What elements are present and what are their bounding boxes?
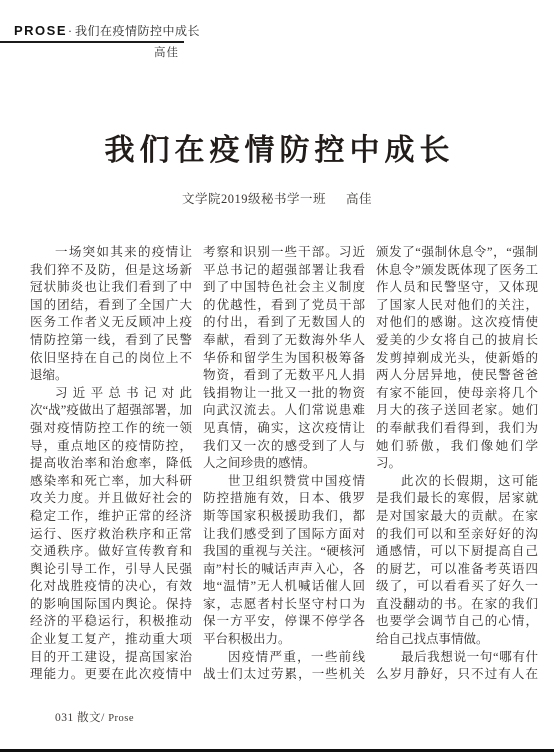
running-head: PROSE·我们在疫情防控中成长: [0, 24, 184, 43]
article-paragraph: 世卫组织赞赏中国疫情防控措施有效，日本、俄罗斯等国家积极援助我们，都让我们感受到…: [203, 473, 365, 649]
article-paragraph: 一场突如其来的疫情让我们猝不及防，但是这场新冠状肺炎也让我们看到了中国的团结，看…: [30, 244, 192, 385]
page-number: 031: [55, 712, 74, 724]
footer-separator: /: [101, 712, 105, 724]
footer-section-cn: 散文: [77, 712, 101, 724]
magazine-page: PROSE·我们在疫情防控中成长 高佳 我们在疫情防控中成长 文学院2019级秘…: [0, 0, 554, 752]
section-separator: ·: [68, 24, 72, 38]
running-head-title: 我们在疫情防控中成长: [75, 24, 200, 38]
byline-affiliation: 文学院2019级秘书学一班: [182, 192, 326, 206]
article-paragraph: 此次的长假期，这可能是我们最长的寒假，居家就是对国家最大的贡献。在家的我们可以和…: [376, 473, 538, 649]
running-head-author: 高佳: [0, 44, 184, 60]
footer-section-en: Prose: [108, 713, 134, 724]
page-title: 我们在疫情防控中成长: [0, 134, 554, 168]
article-body: 一场突如其来的疫情让我们猝不及防，但是这场新冠状肺炎也让我们看到了中国的团结，看…: [30, 244, 538, 696]
byline: 文学院2019级秘书学一班高佳: [0, 189, 554, 207]
page-footer: 031 散文/ Prose: [55, 709, 134, 725]
byline-author: 高佳: [346, 192, 372, 206]
section-label-en: PROSE: [14, 23, 67, 38]
